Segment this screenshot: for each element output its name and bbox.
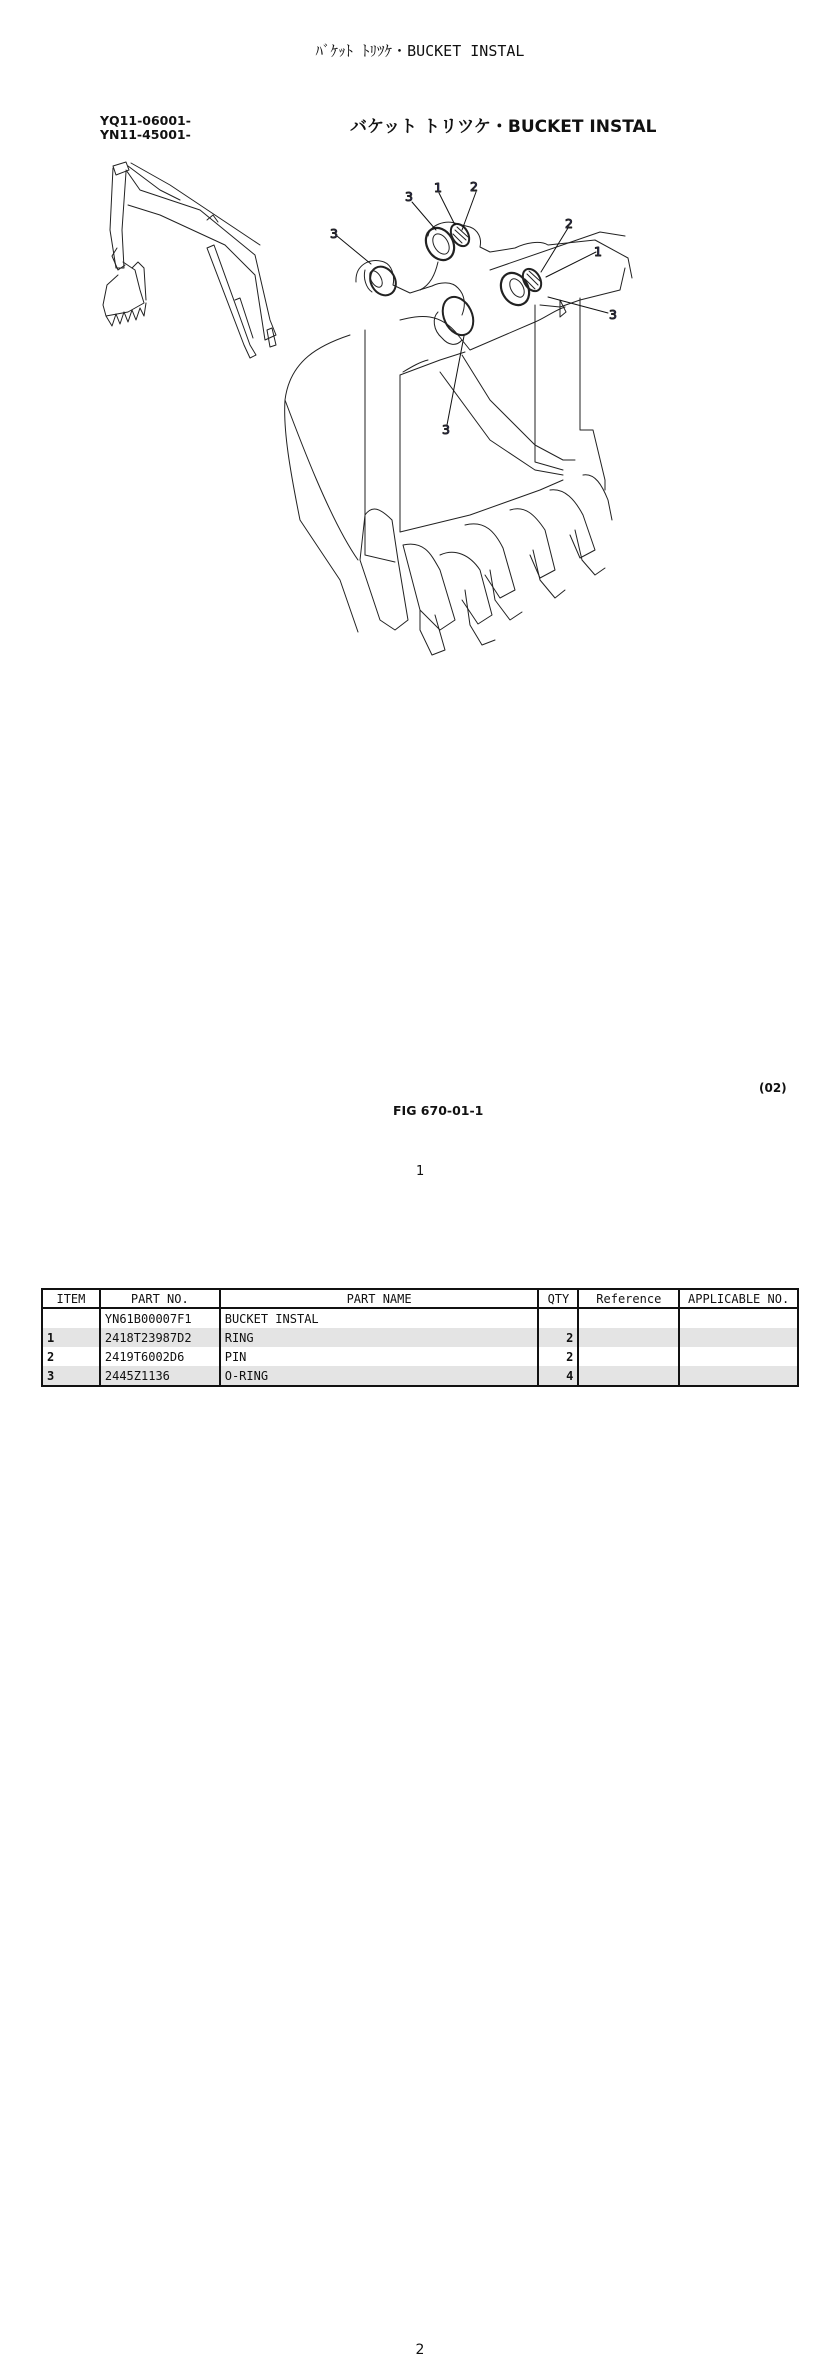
cell-applicable-no <box>679 1366 798 1386</box>
cell-reference <box>578 1328 679 1347</box>
callout-labels: 3 1 2 3 2 1 3 3 <box>330 179 617 437</box>
bucket-illustration <box>285 221 632 655</box>
col-header-item: ITEM <box>42 1289 100 1308</box>
cell-part-name: RING <box>220 1328 539 1347</box>
callout-label: 2 <box>470 179 478 194</box>
revision-label: (02) <box>759 1081 787 1095</box>
cell-part-no: 2418T23987D2 <box>100 1328 220 1347</box>
cell-part-no: 2445Z1136 <box>100 1366 220 1386</box>
col-header-part-name: PART NAME <box>220 1289 539 1308</box>
cell-reference <box>578 1347 679 1366</box>
col-header-reference: Reference <box>578 1289 679 1308</box>
cell-qty: 4 <box>538 1366 578 1386</box>
cell-part-no: 2419T6002D6 <box>100 1347 220 1366</box>
arm-locator-illustration <box>103 162 276 358</box>
callout-label: 3 <box>442 422 450 437</box>
cell-applicable-no <box>679 1347 798 1366</box>
cell-reference <box>578 1308 679 1328</box>
cell-qty: 2 <box>538 1328 578 1347</box>
parts-illustration: 3 1 2 3 2 1 3 3 <box>0 0 840 700</box>
col-header-qty: QTY <box>538 1289 578 1308</box>
callout-label: 1 <box>594 244 602 259</box>
cell-part-no: YN61B00007F1 <box>100 1308 220 1328</box>
cell-item: 3 <box>42 1366 100 1386</box>
cell-part-name: PIN <box>220 1347 539 1366</box>
cell-qty: 2 <box>538 1347 578 1366</box>
table-row: YN61B00007F1 BUCKET INSTAL <box>42 1308 798 1328</box>
cell-part-name: O-RING <box>220 1366 539 1386</box>
table-header-row: ITEM PART NO. PART NAME QTY Reference AP… <box>42 1289 798 1308</box>
table-row: 1 2418T23987D2 RING 2 <box>42 1328 798 1347</box>
page-number: 2 <box>0 2342 840 2358</box>
col-header-part-no: PART NO. <box>100 1289 220 1308</box>
table-row: 2 2419T6002D6 PIN 2 <box>42 1347 798 1366</box>
cell-applicable-no <box>679 1328 798 1347</box>
callout-label: 3 <box>405 189 413 204</box>
cell-qty <box>538 1308 578 1328</box>
callout-label: 1 <box>434 180 442 195</box>
cell-applicable-no <box>679 1308 798 1328</box>
cell-reference <box>578 1366 679 1386</box>
callout-label: 2 <box>565 216 573 231</box>
parts-table: ITEM PART NO. PART NAME QTY Reference AP… <box>41 1288 799 1387</box>
cell-item <box>42 1308 100 1328</box>
callout-label: 3 <box>609 307 617 322</box>
callout-label: 3 <box>330 226 338 241</box>
cell-item: 2 <box>42 1347 100 1366</box>
sub-figure-number: 1 <box>416 1164 424 1179</box>
figure-number: FIG 670-01-1 <box>393 1103 483 1118</box>
cell-part-name: BUCKET INSTAL <box>220 1308 539 1328</box>
table-row: 3 2445Z1136 O-RING 4 <box>42 1366 798 1386</box>
col-header-applicable-no: APPLICABLE NO. <box>679 1289 798 1308</box>
cell-item: 1 <box>42 1328 100 1347</box>
